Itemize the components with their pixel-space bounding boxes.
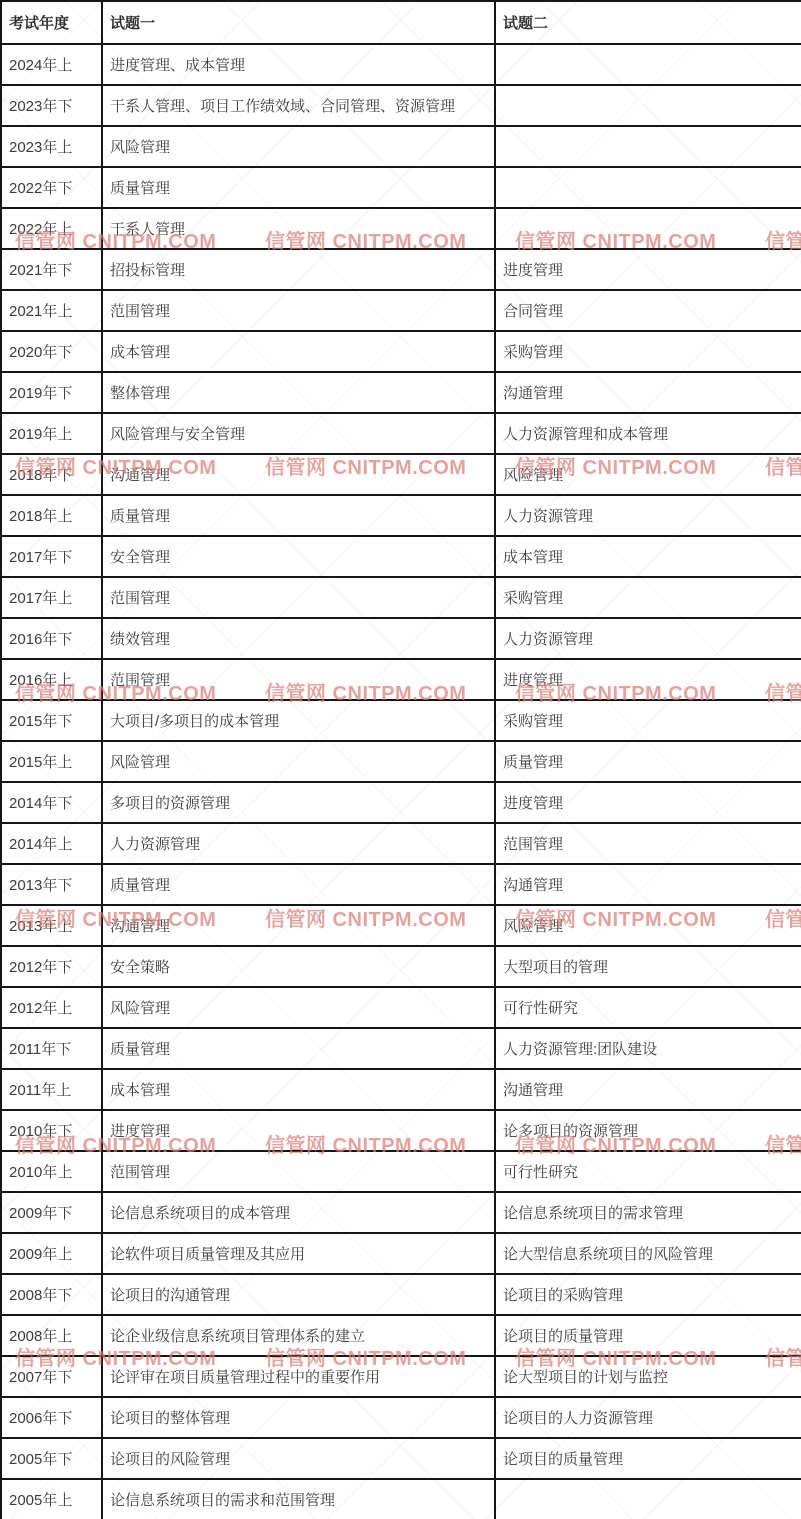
topic2-cell: 论信息系统项目的需求管理 — [495, 1192, 801, 1233]
topic1-cell: 质量管理 — [102, 167, 495, 208]
topic2-cell — [495, 208, 801, 249]
topic2-cell: 可行性研究 — [495, 987, 801, 1028]
topic1-cell: 干系人管理 — [102, 208, 495, 249]
table-row: 2021年下招投标管理进度管理 — [1, 249, 801, 290]
year-cell: 2016年上 — [1, 659, 102, 700]
table-row: 2017年上范围管理采购管理 — [1, 577, 801, 618]
table-row: 2017年下安全管理成本管理 — [1, 536, 801, 577]
topic1-cell: 论软件项目质量管理及其应用 — [102, 1233, 495, 1274]
table-row: 2018年上质量管理人力资源管理 — [1, 495, 801, 536]
topic1-cell: 干系人管理、项目工作绩效域、合同管理、资源管理 — [102, 85, 495, 126]
topic2-cell: 范围管理 — [495, 823, 801, 864]
year-cell: 2011年下 — [1, 1028, 102, 1069]
topic1-cell: 范围管理 — [102, 290, 495, 331]
table-row: 2019年下整体管理沟通管理 — [1, 372, 801, 413]
year-cell: 2021年上 — [1, 290, 102, 331]
year-cell: 2019年上 — [1, 413, 102, 454]
year-cell: 2014年下 — [1, 782, 102, 823]
year-cell: 2012年下 — [1, 946, 102, 987]
table-row: 2013年下质量管理沟通管理 — [1, 864, 801, 905]
topic2-cell: 进度管理 — [495, 782, 801, 823]
topic1-cell: 招投标管理 — [102, 249, 495, 290]
year-cell: 2024年上 — [1, 44, 102, 85]
year-cell: 2009年下 — [1, 1192, 102, 1233]
topic2-cell: 论大型信息系统项目的风险管理 — [495, 1233, 801, 1274]
topic1-cell: 范围管理 — [102, 659, 495, 700]
year-cell: 2020年下 — [1, 331, 102, 372]
year-cell: 2013年上 — [1, 905, 102, 946]
topic1-cell: 质量管理 — [102, 495, 495, 536]
table-row: 2022年下质量管理 — [1, 167, 801, 208]
topic1-cell: 论项目的沟通管理 — [102, 1274, 495, 1315]
topic1-cell: 绩效管理 — [102, 618, 495, 659]
topic1-cell: 论项目的整体管理 — [102, 1397, 495, 1438]
table-row: 2020年下成本管理采购管理 — [1, 331, 801, 372]
topic1-cell: 风险管理 — [102, 987, 495, 1028]
header-topic-two: 试题二 — [495, 1, 801, 44]
topic2-cell: 进度管理 — [495, 249, 801, 290]
topic1-cell: 范围管理 — [102, 577, 495, 618]
table-row: 2021年上范围管理合同管理 — [1, 290, 801, 331]
topic2-cell: 人力资源管理:团队建设 — [495, 1028, 801, 1069]
topic1-cell: 论评审在项目质量管理过程中的重要作用 — [102, 1356, 495, 1397]
table-row: 2007年下论评审在项目质量管理过程中的重要作用论大型项目的计划与监控 — [1, 1356, 801, 1397]
topic2-cell: 采购管理 — [495, 577, 801, 618]
year-cell: 2005年下 — [1, 1438, 102, 1479]
topic1-cell: 安全管理 — [102, 536, 495, 577]
topic1-cell: 大项目/多项目的成本管理 — [102, 700, 495, 741]
year-cell: 2011年上 — [1, 1069, 102, 1110]
table-row: 2012年上风险管理可行性研究 — [1, 987, 801, 1028]
year-cell: 2015年上 — [1, 741, 102, 782]
topic2-cell: 风险管理 — [495, 905, 801, 946]
table-row: 2023年上风险管理 — [1, 126, 801, 167]
year-cell: 2005年上 — [1, 1479, 102, 1519]
year-cell: 2022年下 — [1, 167, 102, 208]
table-row: 2011年下质量管理人力资源管理:团队建设 — [1, 1028, 801, 1069]
topic1-cell: 质量管理 — [102, 1028, 495, 1069]
topic2-cell: 人力资源管理 — [495, 618, 801, 659]
topic1-cell: 论信息系统项目的需求和范围管理 — [102, 1479, 495, 1519]
topic1-cell: 质量管理 — [102, 864, 495, 905]
topic2-cell: 论项目的质量管理 — [495, 1438, 801, 1479]
topic2-cell: 论项目的质量管理 — [495, 1315, 801, 1356]
exam-topics-table: 考试年度 试题一 试题二 2024年上进度管理、成本管理2023年下干系人管理、… — [0, 0, 801, 1519]
table-row: 2016年下绩效管理人力资源管理 — [1, 618, 801, 659]
table-row: 2022年上干系人管理 — [1, 208, 801, 249]
topic1-cell: 整体管理 — [102, 372, 495, 413]
topic2-cell: 人力资源管理和成本管理 — [495, 413, 801, 454]
year-cell: 2023年上 — [1, 126, 102, 167]
table-row: 2016年上范围管理进度管理 — [1, 659, 801, 700]
year-cell: 2014年上 — [1, 823, 102, 864]
topic1-cell: 风险管理 — [102, 126, 495, 167]
topic2-cell: 采购管理 — [495, 700, 801, 741]
table-row: 2015年上风险管理质量管理 — [1, 741, 801, 782]
topic1-cell: 进度管理 — [102, 1110, 495, 1151]
year-cell: 2023年下 — [1, 85, 102, 126]
topic2-cell: 沟通管理 — [495, 864, 801, 905]
table-row: 2023年下干系人管理、项目工作绩效域、合同管理、资源管理 — [1, 85, 801, 126]
table-row: 2009年上论软件项目质量管理及其应用论大型信息系统项目的风险管理 — [1, 1233, 801, 1274]
year-cell: 2022年上 — [1, 208, 102, 249]
year-cell: 2015年下 — [1, 700, 102, 741]
topic2-cell: 质量管理 — [495, 741, 801, 782]
table-row: 2010年下进度管理论多项目的资源管理 — [1, 1110, 801, 1151]
year-cell: 2010年下 — [1, 1110, 102, 1151]
topic1-cell: 沟通管理 — [102, 454, 495, 495]
topic1-cell: 风险管理 — [102, 741, 495, 782]
topic2-cell: 进度管理 — [495, 659, 801, 700]
table-row: 2014年上人力资源管理范围管理 — [1, 823, 801, 864]
topic2-cell: 论项目的人力资源管理 — [495, 1397, 801, 1438]
table-row: 2011年上成本管理沟通管理 — [1, 1069, 801, 1110]
table-row: 2005年下论项目的风险管理论项目的质量管理 — [1, 1438, 801, 1479]
topic2-cell: 论多项目的资源管理 — [495, 1110, 801, 1151]
year-cell: 2010年上 — [1, 1151, 102, 1192]
header-topic-one: 试题一 — [102, 1, 495, 44]
year-cell: 2008年下 — [1, 1274, 102, 1315]
topic1-cell: 成本管理 — [102, 331, 495, 372]
topic1-cell: 风险管理与安全管理 — [102, 413, 495, 454]
topic2-cell: 沟通管理 — [495, 1069, 801, 1110]
table-row: 2018年下沟通管理风险管理 — [1, 454, 801, 495]
year-cell: 2021年下 — [1, 249, 102, 290]
topic2-cell — [495, 1479, 801, 1519]
table-row: 2024年上进度管理、成本管理 — [1, 44, 801, 85]
year-cell: 2017年上 — [1, 577, 102, 618]
table-row: 2008年上论企业级信息系统项目管理体系的建立论项目的质量管理 — [1, 1315, 801, 1356]
year-cell: 2019年下 — [1, 372, 102, 413]
topic2-cell: 合同管理 — [495, 290, 801, 331]
header-row: 考试年度 试题一 试题二 — [1, 1, 801, 44]
year-cell: 2007年下 — [1, 1356, 102, 1397]
topic1-cell: 成本管理 — [102, 1069, 495, 1110]
header-exam-year: 考试年度 — [1, 1, 102, 44]
year-cell: 2018年下 — [1, 454, 102, 495]
topic1-cell: 沟通管理 — [102, 905, 495, 946]
topic2-cell: 论大型项目的计划与监控 — [495, 1356, 801, 1397]
topic1-cell: 范围管理 — [102, 1151, 495, 1192]
table-row: 2019年上风险管理与安全管理人力资源管理和成本管理 — [1, 413, 801, 454]
topic1-cell: 安全策略 — [102, 946, 495, 987]
year-cell: 2013年下 — [1, 864, 102, 905]
topic2-cell: 成本管理 — [495, 536, 801, 577]
table-row: 2012年下安全策略大型项目的管理 — [1, 946, 801, 987]
topic2-cell: 可行性研究 — [495, 1151, 801, 1192]
topic2-cell — [495, 126, 801, 167]
table-body: 2024年上进度管理、成本管理2023年下干系人管理、项目工作绩效域、合同管理、… — [1, 44, 801, 1519]
topic2-cell: 论项目的采购管理 — [495, 1274, 801, 1315]
year-cell: 2009年上 — [1, 1233, 102, 1274]
topic2-cell: 采购管理 — [495, 331, 801, 372]
table-row: 2015年下大项目/多项目的成本管理采购管理 — [1, 700, 801, 741]
table-row: 2010年上范围管理可行性研究 — [1, 1151, 801, 1192]
year-cell: 2017年下 — [1, 536, 102, 577]
topic1-cell: 论项目的风险管理 — [102, 1438, 495, 1479]
topic2-cell: 风险管理 — [495, 454, 801, 495]
topic2-cell: 沟通管理 — [495, 372, 801, 413]
year-cell: 2012年上 — [1, 987, 102, 1028]
table-row: 2008年下论项目的沟通管理论项目的采购管理 — [1, 1274, 801, 1315]
table-row: 2005年上论信息系统项目的需求和范围管理 — [1, 1479, 801, 1519]
topic2-cell: 大型项目的管理 — [495, 946, 801, 987]
exam-topics-page: 考试年度 试题一 试题二 2024年上进度管理、成本管理2023年下干系人管理、… — [0, 0, 801, 1519]
topic1-cell: 论企业级信息系统项目管理体系的建立 — [102, 1315, 495, 1356]
year-cell: 2006年下 — [1, 1397, 102, 1438]
topic1-cell: 论信息系统项目的成本管理 — [102, 1192, 495, 1233]
topic2-cell: 人力资源管理 — [495, 495, 801, 536]
table-row: 2009年下论信息系统项目的成本管理论信息系统项目的需求管理 — [1, 1192, 801, 1233]
topic1-cell: 多项目的资源管理 — [102, 782, 495, 823]
year-cell: 2008年上 — [1, 1315, 102, 1356]
topic2-cell — [495, 44, 801, 85]
topic2-cell — [495, 85, 801, 126]
topic1-cell: 人力资源管理 — [102, 823, 495, 864]
topic2-cell — [495, 167, 801, 208]
year-cell: 2018年上 — [1, 495, 102, 536]
year-cell: 2016年下 — [1, 618, 102, 659]
topic1-cell: 进度管理、成本管理 — [102, 44, 495, 85]
table-row: 2006年下论项目的整体管理论项目的人力资源管理 — [1, 1397, 801, 1438]
table-row: 2013年上沟通管理风险管理 — [1, 905, 801, 946]
table-row: 2014年下多项目的资源管理进度管理 — [1, 782, 801, 823]
